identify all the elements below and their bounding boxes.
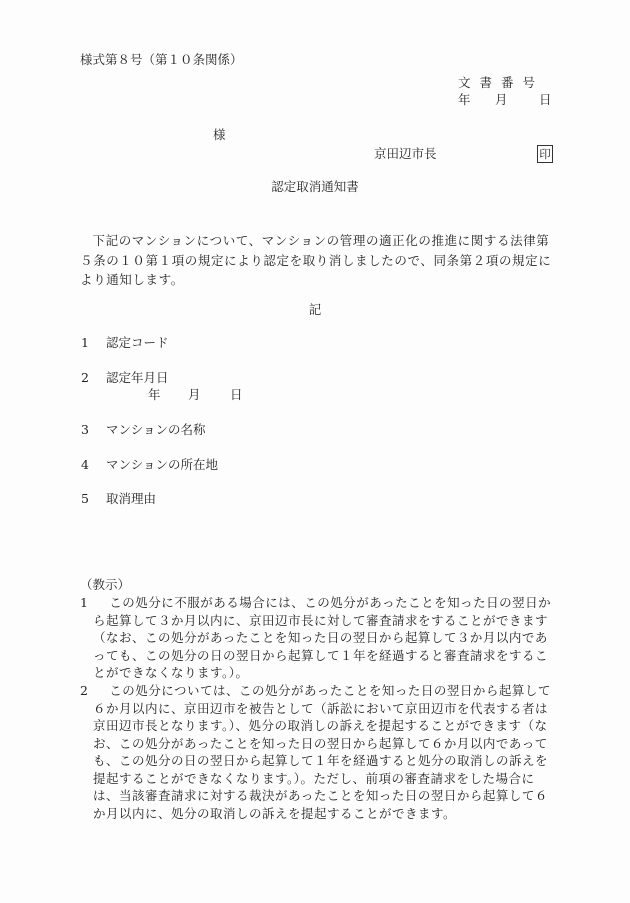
date-day: 日 — [539, 92, 552, 108]
item-mansion-address: 4マンションの所在地 — [81, 457, 218, 473]
issuer: 京田辺市長 — [374, 146, 437, 162]
notice-heading: （教示） — [80, 577, 130, 593]
document-number-label: 文書番号 — [458, 75, 544, 91]
date-year: 年 — [458, 92, 495, 108]
notice-item-1: 1この処分に不服がある場合には、この処分があったことを知った日の翌日から起算して… — [80, 594, 555, 682]
form-number: 様式第８号（第１０条関係） — [80, 52, 243, 68]
addressee: 様 — [213, 127, 226, 143]
body-text: 下記のマンションについて、マンションの管理の適正化の推進に関する法律第５条の１０… — [80, 231, 555, 290]
item-cancel-reason: 5取消理由 — [81, 491, 156, 507]
date-month: 月 — [495, 92, 539, 108]
item-certification-code: 1認定コード — [81, 335, 169, 351]
notice-item-2: 2この処分については、この処分があったことを知った日の翌日から起算して６か月以内… — [80, 682, 555, 822]
item-certification-date: 2認定年月日 — [81, 370, 169, 386]
certification-date-fields: 年月日 — [148, 387, 243, 403]
seal-stamp: 印 — [537, 145, 553, 163]
issue-date: 年月日 — [458, 92, 552, 108]
item-mansion-name: 3マンションの名称 — [81, 422, 205, 438]
document-title: 認定取消通知書 — [0, 179, 630, 195]
ki-label: 記 — [0, 302, 630, 318]
